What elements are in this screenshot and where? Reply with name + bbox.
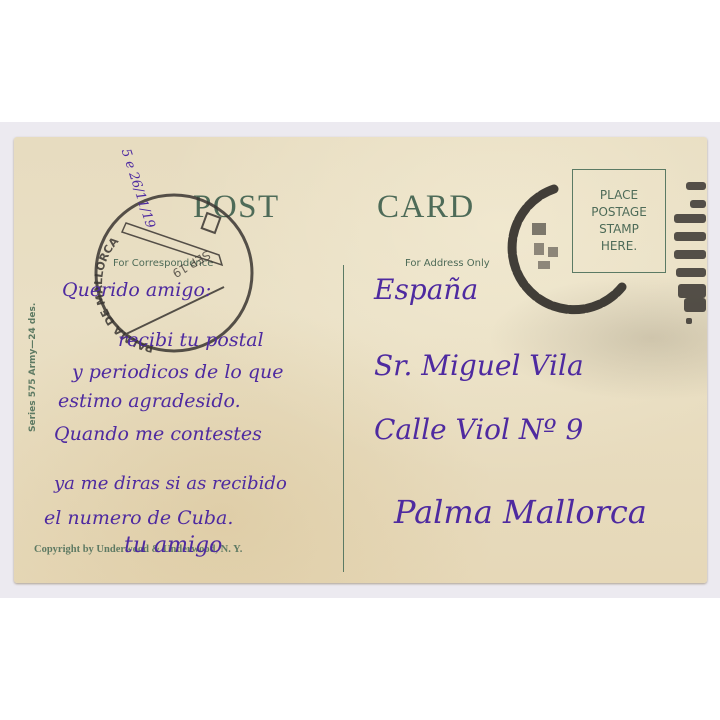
stamp-box: PLACE POSTAGE STAMP HERE. — [572, 169, 666, 273]
margin-note: 5 e 26/11/19 — [118, 147, 158, 230]
center-divider — [343, 265, 344, 572]
cancellation-bars-icon — [672, 182, 707, 362]
postcard-back: POST CARD For Correspondence For Address… — [14, 137, 707, 583]
signature: tu amigo — [124, 533, 222, 558]
stamp-box-line: HERE. — [601, 238, 637, 255]
message-line: y periodicos de lo que — [72, 361, 284, 383]
address-line: Palma Mallorca — [394, 493, 647, 531]
message-line: recibi tu postal — [118, 329, 264, 351]
message-line: Quando me contestes — [54, 423, 262, 445]
correspondence-label: For Correspondence — [113, 258, 213, 269]
message-line: ya me diras si as recibido — [54, 473, 287, 494]
stamp-box-line: PLACE — [600, 187, 638, 204]
stamp-box-line: POSTAGE — [591, 204, 647, 221]
message-line: Querido amigo: — [62, 279, 211, 301]
address-line: Calle Viol Nº 9 — [374, 413, 583, 446]
series-text: Series 575 Army—24 des. — [28, 303, 38, 432]
card-heading: CARD — [377, 189, 475, 226]
address-line: Sr. Miguel Vila — [374, 349, 584, 382]
message-line: estimo agradesido. — [58, 390, 241, 412]
message-line: el numero de Cuba. — [44, 507, 233, 529]
address-line: España — [374, 273, 478, 306]
post-heading: POST — [193, 189, 280, 226]
stamp-box-line: STAMP — [599, 221, 639, 238]
address-label: For Address Only — [405, 258, 490, 269]
